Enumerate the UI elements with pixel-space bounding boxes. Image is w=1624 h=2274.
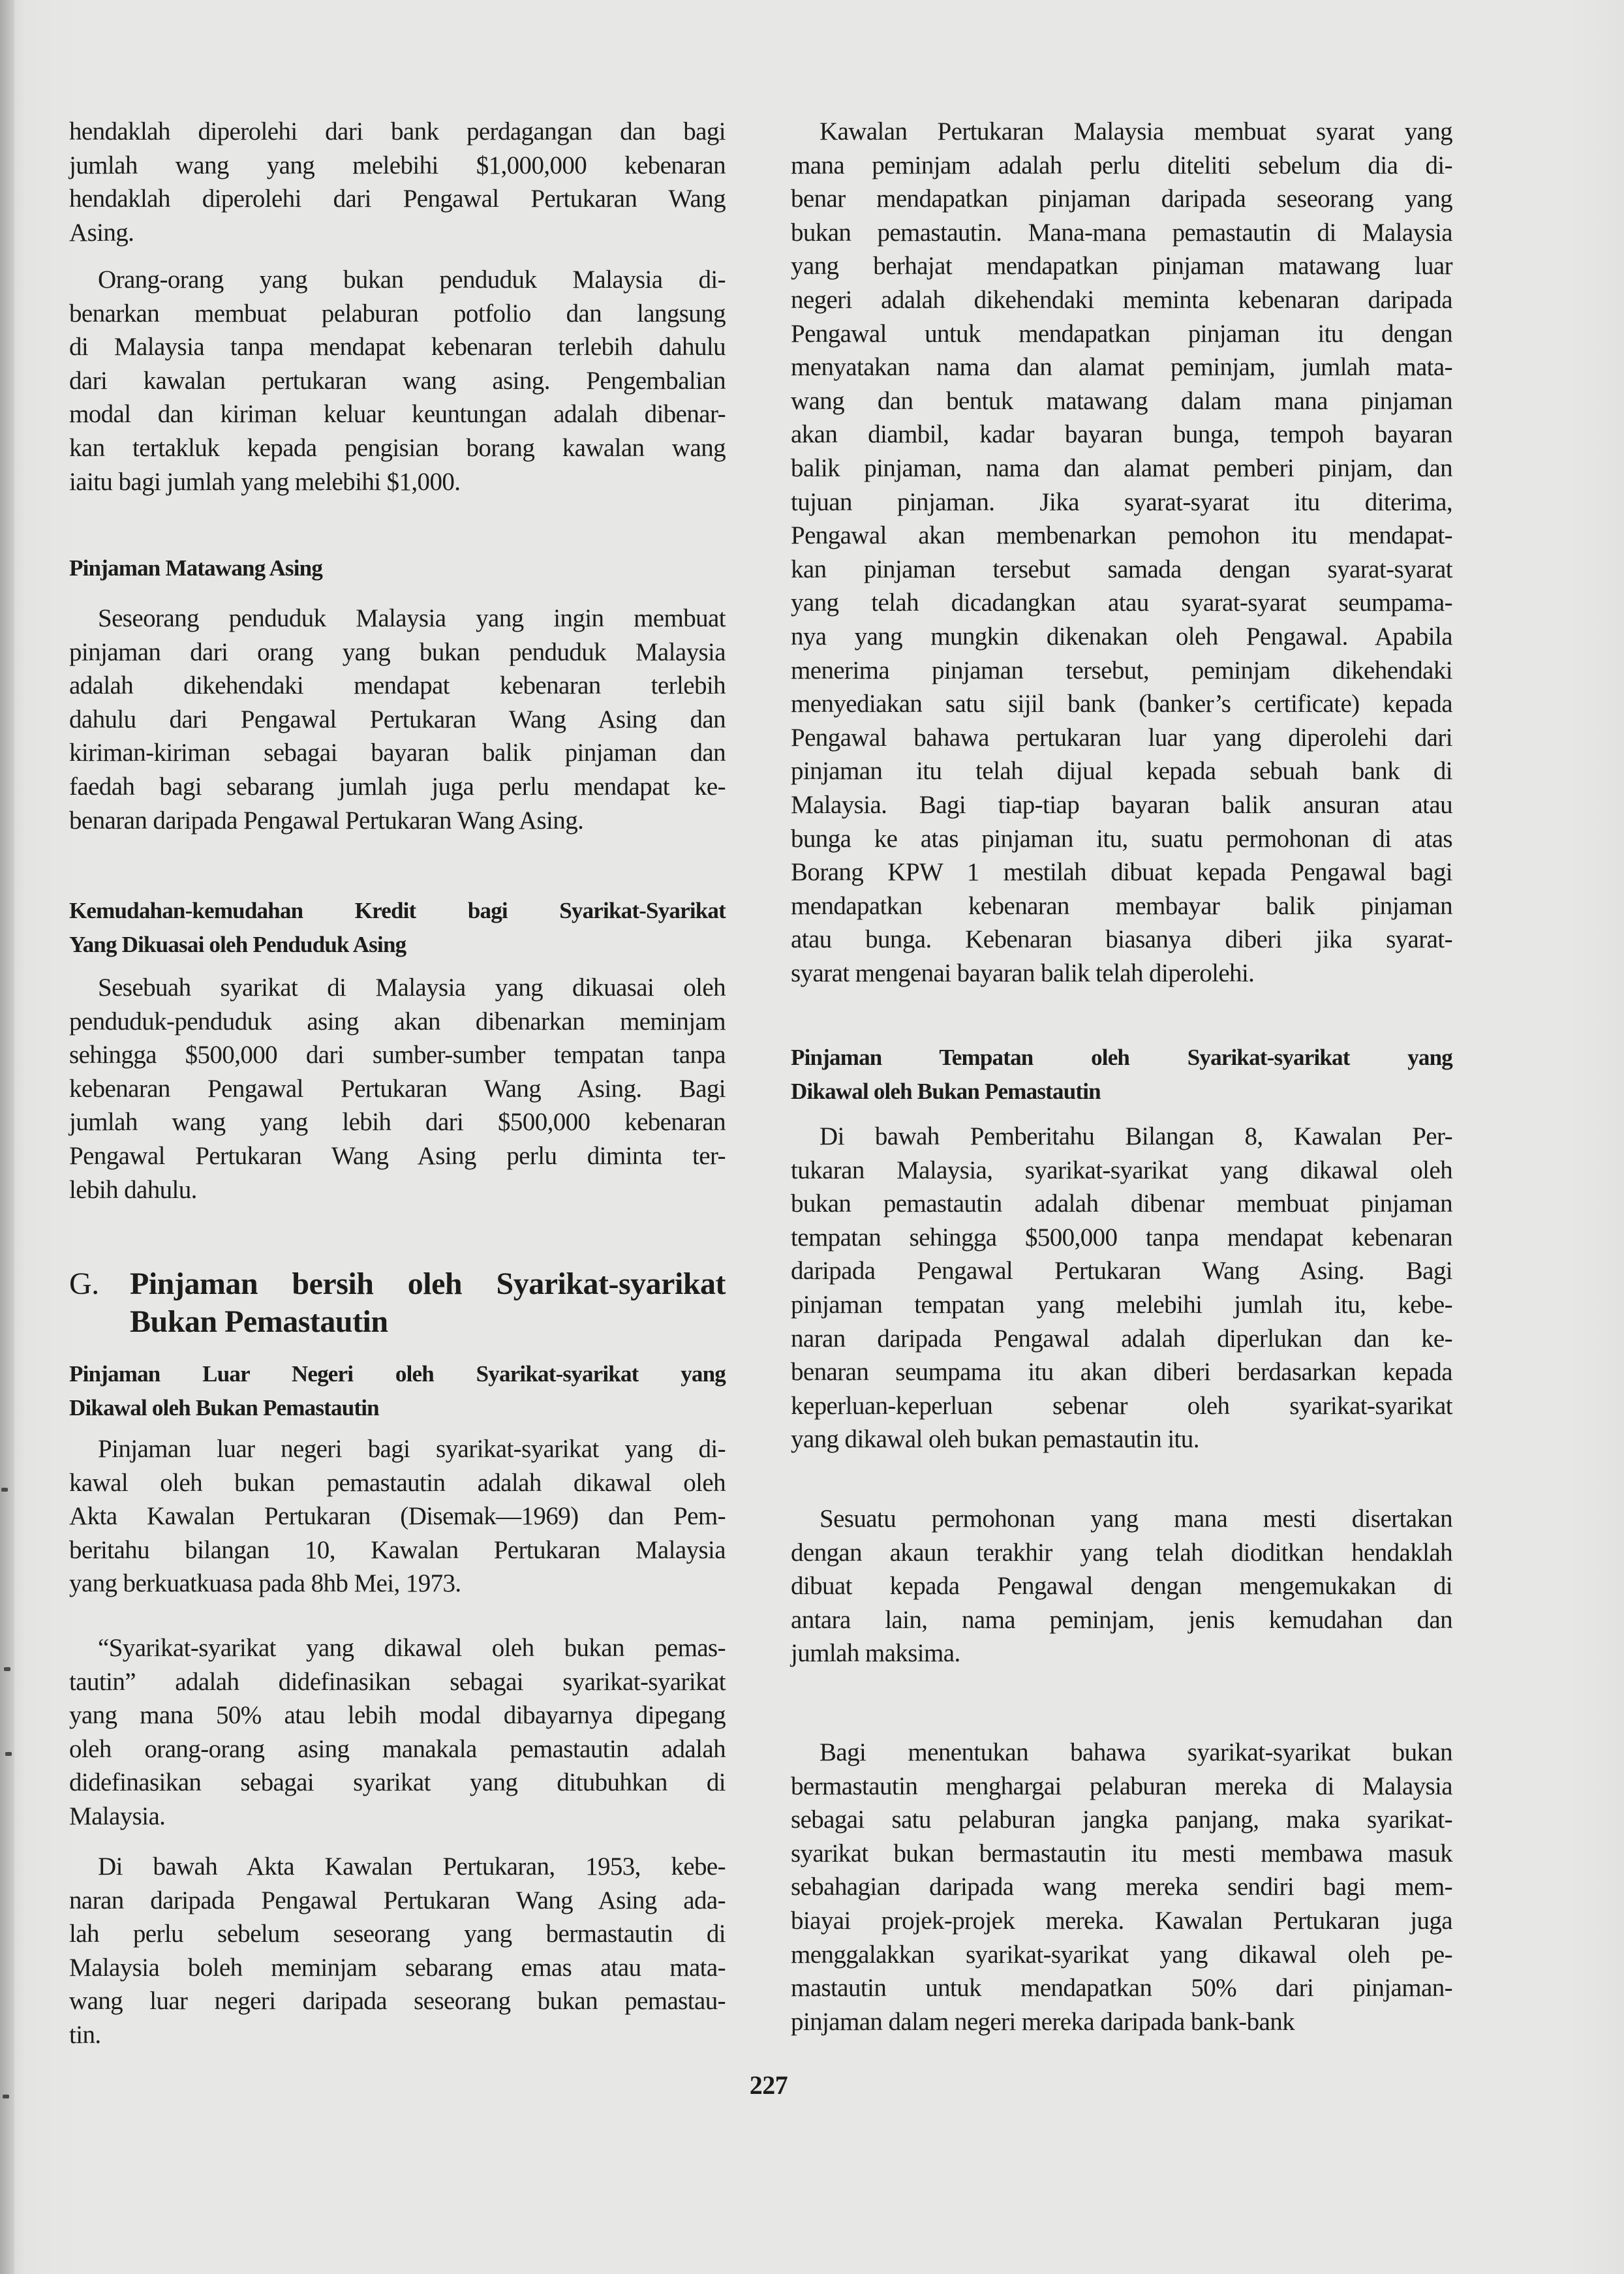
text-line: lah perlu sebelum seseorang yang bermast… [69,1917,726,1951]
text-line-text: menggalakkan syarikat-syarikat yang dika… [791,1938,1452,1972]
text-line-text: Asing. [69,216,726,250]
text-line: sehingga $500,000 dari sumber-sumber tem… [69,1038,726,1072]
text-line-text: Di bawah Akta Kawalan Pertukaran, 1953, … [98,1850,726,1884]
text-line-text: “Syarikat-syarikat yang dikawal oleh buk… [98,1631,726,1665]
scanned-book-page: hendaklah diperolehi dari bank perdagang… [0,0,1624,2274]
text-line: benarkan membuat pelaburan potfolio dan … [69,297,726,331]
text-line-text: menerima pinjaman tersebut, peminjam dik… [791,654,1452,688]
text-line: naran daripada Pengawal adalah diperluka… [791,1322,1452,1356]
text-line-text: sehingga $500,000 dari sumber-sumber tem… [69,1038,726,1072]
text-line: bukan pemastautin adalah dibenar membuat… [791,1187,1452,1221]
text-line: pinjaman dari orang yang bukan penduduk … [69,636,726,669]
text-line-text: oleh orang-orang asing manakala pemastau… [69,1732,726,1766]
text-line-text: tujuan pinjaman. Jika syarat-syarat itu … [791,485,1452,519]
text-line: Asing. [69,216,726,250]
text-line-text: adalah dikehendaki mendapat kebenaran te… [69,669,726,703]
subheading-line-text: Pinjaman Matawang Asing [69,551,726,585]
text-line-text: pinjaman itu telah dijual kepada sebuah … [791,754,1452,788]
text-line: yang telah dicadangkan atau syarat-syara… [791,586,1452,620]
text-line-text: balik pinjaman, nama dan alamat pemberi … [791,452,1452,485]
text-line: nya yang mungkin dikenakan oleh Pengawal… [791,620,1452,654]
subheading-line-text: Pinjaman Luar Negeri oleh Syarikat-syari… [69,1357,726,1391]
text-line: di Malaysia tanpa mendapat kebenaran ter… [69,330,726,364]
subheading-line: Yang Dikuasai oleh Penduduk Asing [69,928,726,962]
text-line: Sesebuah syarikat di Malaysia yang dikua… [69,971,726,1005]
text-line: benaran daripada Pengawal Pertukaran Wan… [69,804,726,838]
text-line-text: benarkan membuat pelaburan potfolio dan … [69,297,726,331]
text-line-text: jumlah wang yang lebih dari $500,000 keb… [69,1105,726,1139]
text-line: tautin” adalah didefinasikan sebagai sya… [69,1665,726,1699]
section-heading-line: Bukan Pemastautin [69,1302,726,1342]
text-line: menyediakan satu sijil bank (banker’s ce… [791,687,1452,721]
text-line-text: bukan pemastautin. Mana-mana pemastautin… [791,216,1452,250]
section-label: G. [69,1265,130,1304]
text-line: menerima pinjaman tersebut, peminjam dik… [791,654,1452,688]
text-line-text: benar mendapatkan pinjaman daripada sese… [791,182,1452,216]
text-line: Kawalan Pertukaran Malaysia membuat syar… [791,115,1452,149]
text-line-text: mendapatkan kebenaran membayar balik pin… [791,889,1452,923]
text-line-text: Malaysia. Bagi tiap-tiap bayaran balik a… [791,788,1452,822]
text-line: pinjaman itu telah dijual kepada sebuah … [791,754,1452,788]
text-line: kiriman-kiriman sebagai bayaran balik pi… [69,736,726,770]
text-line-text: pinjaman dalam negeri mereka daripada ba… [791,2005,1452,2039]
text-line: tin. [69,2018,726,2052]
text-line: adalah dikehendaki mendapat kebenaran te… [69,669,726,703]
text-line-text: mastautin untuk mendapatkan 50% dari pin… [791,1971,1452,2005]
subheading-line: Pinjaman Tempatan oleh Syarikat-syarikat… [791,1041,1452,1075]
text-line-text: faedah bagi sebarang jumlah juga perlu m… [69,770,726,804]
text-line: pinjaman dalam negeri mereka daripada ba… [791,2005,1452,2039]
text-line-text: syarikat bukan bermastautin itu mesti me… [791,1837,1452,1871]
text-line: Di bawah Pemberitahu Bilangan 8, Kawalan… [791,1120,1452,1154]
text-line-text: mana peminjam adalah perlu diteliti sebe… [791,149,1452,183]
text-line: jumlah wang yang lebih dari $500,000 keb… [69,1105,726,1139]
text-line: modal dan kiriman keluar keuntungan adal… [69,397,726,431]
text-line: Pengawal bahawa pertukaran luar yang dip… [791,721,1452,755]
text-line: bukan pemastautin. Mana-mana pemastautin… [791,216,1452,250]
text-line-text: jumlah wang yang melebihi $1,000,000 keb… [69,149,726,183]
text-line: pinjaman tempatan yang melebihi jumlah i… [791,1288,1452,1322]
text-line-text: wang luar negeri daripada seseorang buka… [69,1984,726,2018]
text-line-text: dari kawalan pertukaran wang asing. Peng… [69,364,726,398]
text-line: atau bunga. Kebenaran biasanya diberi ji… [791,923,1452,957]
text-line-text: dengan akaun terakhir yang telah dioditk… [791,1536,1452,1570]
text-line-text: naran daripada Pengawal adalah diperluka… [791,1322,1452,1356]
text-line: syarikat bukan bermastautin itu mesti me… [791,1837,1452,1871]
text-line-text: negeri adalah dikehendaki meminta kebena… [791,283,1452,317]
text-line: Malaysia. [69,1800,726,1834]
text-line-text: bukan pemastautin adalah dibenar membuat… [791,1187,1452,1221]
section-heading-line-text: Pinjaman bersih oleh Syarikat-syarikat [130,1267,726,1301]
text-line-text: menyatakan nama dan alamat peminjam, jum… [791,350,1452,384]
text-line: beritahu bilangan 10, Kawalan Pertukaran… [69,1533,726,1567]
text-line: Pengawal akan membenarkan pemohon itu me… [791,519,1452,553]
text-line: jumlah wang yang melebihi $1,000,000 keb… [69,149,726,183]
text-line-text: iaitu bagi jumlah yang melebihi $1,000. [69,465,726,499]
text-line: yang berkuatkuasa pada 8hb Mei, 1973. [69,1567,726,1601]
binding-stitch-mark [5,1752,12,1756]
text-line-text: yang berkuatkuasa pada 8hb Mei, 1973. [69,1567,726,1601]
text-line-text: pinjaman tempatan yang melebihi jumlah i… [791,1288,1452,1322]
text-line: kan tertakluk kepada pengisian borang ka… [69,431,726,465]
text-line: daripada Pengawal Pertukaran Wang Asing.… [791,1254,1452,1288]
text-line: kebenaran Pengawal Pertukaran Wang Asing… [69,1072,726,1106]
text-line-text: syarat mengenai bayaran balik telah dipe… [791,957,1452,991]
text-line-text: kawal oleh bukan pemastautin adalah dika… [69,1466,726,1500]
text-line-text: kan tertakluk kepada pengisian borang ka… [69,431,726,465]
text-line: hendaklah diperolehi dari Pengawal Pertu… [69,182,726,216]
text-line: keperluan-keperluan sebenar oleh syarika… [791,1389,1452,1423]
text-line: iaitu bagi jumlah yang melebihi $1,000. [69,465,726,499]
text-line-text: menyediakan satu sijil bank (banker’s ce… [791,687,1452,721]
text-line: lebih dahulu. [69,1173,726,1207]
text-line-text: Borang KPW 1 mestilah dibuat kepada Peng… [791,855,1452,889]
text-line-text: pinjaman dari orang yang bukan penduduk … [69,636,726,669]
text-line-text: Seseorang penduduk Malaysia yang ingin m… [98,602,726,636]
text-line: Malaysia boleh meminjam sebarang emas at… [69,1951,726,1985]
text-line: antara lain, nama peminjam, jenis kemuda… [791,1603,1452,1637]
subheading-line: Dikawal oleh Bukan Pemastautin [69,1391,726,1425]
text-line: syarat mengenai bayaran balik telah dipe… [791,957,1452,991]
text-line: Borang KPW 1 mestilah dibuat kepada Peng… [791,855,1452,889]
text-line: dibuat kepada Pengawal dengan mengemukak… [791,1569,1452,1603]
text-line: dahulu dari Pengawal Pertukaran Wang Asi… [69,703,726,737]
binding-stitch-mark [4,1667,10,1671]
section-heading-line-text: Bukan Pemastautin [130,1302,726,1342]
text-line: sebahagian daripada wang mereka sendiri … [791,1870,1452,1904]
text-line-text: yang berhajat mendapatkan pinjaman mataw… [791,249,1452,283]
text-line-text: bunga ke atas pinjaman itu, suatu permoh… [791,822,1452,856]
text-line: wang luar negeri daripada seseorang buka… [69,1984,726,2018]
text-line: negeri adalah dikehendaki meminta kebena… [791,283,1452,317]
text-line: balik pinjaman, nama dan alamat pemberi … [791,452,1452,485]
text-line: Akta Kawalan Pertukaran (Disemak—1969) d… [69,1499,726,1533]
text-line: Orang-orang yang bukan penduduk Malaysia… [69,263,726,297]
text-line-text: keperluan-keperluan sebenar oleh syarika… [791,1389,1452,1423]
text-line: sebagai satu pelaburan jangka panjang, m… [791,1803,1452,1837]
text-line-text: benaran daripada Pengawal Pertukaran Wan… [69,804,726,838]
text-line: penduduk-penduduk asing akan dibenarkan … [69,1005,726,1039]
section-heading-line: G.Pinjaman bersih oleh Syarikat-syarikat [69,1265,726,1304]
text-line-text: kiriman-kiriman sebagai bayaran balik pi… [69,736,726,770]
text-line-text: jumlah maksima. [791,1636,1452,1670]
text-line-text: daripada Pengawal Pertukaran Wang Asing.… [791,1254,1452,1288]
text-line: yang berhajat mendapatkan pinjaman mataw… [791,249,1452,283]
text-line-text: sebahagian daripada wang mereka sendiri … [791,1870,1452,1904]
text-line-text: hendaklah diperolehi dari bank perdagang… [69,115,726,149]
text-line-text: biayai projek-projek mereka. Kawalan Per… [791,1904,1452,1938]
text-line-text: Orang-orang yang bukan penduduk Malaysia… [98,263,726,297]
text-line: Seseorang penduduk Malaysia yang ingin m… [69,602,726,636]
text-line: Sesuatu permohonan yang mana mesti diser… [791,1502,1452,1536]
text-line-text: yang mana 50% atau lebih modal dibayarny… [69,1698,726,1732]
text-line-text: kan pinjaman tersebut samada dengan syar… [791,553,1452,587]
subheading-line: Pinjaman Luar Negeri oleh Syarikat-syari… [69,1357,726,1391]
text-line-text: Malaysia boleh meminjam sebarang emas at… [69,1951,726,1985]
text-line: mendapatkan kebenaran membayar balik pin… [791,889,1452,923]
page-number: 227 [743,2070,795,2100]
text-line: mana peminjam adalah perlu diteliti sebe… [791,149,1452,183]
text-line-text: tukaran Malaysia, syarikat-syarikat yang… [791,1154,1452,1188]
text-line: didefinasikan sebagai syarikat yang ditu… [69,1766,726,1800]
text-line-text: bermastautin menghargai pelaburan mereka… [791,1770,1452,1804]
text-line-text: Pinjaman luar negeri bagi syarikat-syari… [98,1432,726,1466]
text-line-text: Bagi menentukan bahawa syarikat-syarikat… [820,1736,1452,1770]
text-line-text: wang dan bentuk matawang dalam mana pinj… [791,384,1452,418]
text-line: tempatan sehingga $500,000 tanpa mendapa… [791,1221,1452,1255]
subheading-line-text: Dikawal oleh Bukan Pemastautin [69,1391,726,1425]
text-line-text: Di bawah Pemberitahu Bilangan 8, Kawalan… [820,1120,1452,1154]
text-line: bunga ke atas pinjaman itu, suatu permoh… [791,822,1452,856]
text-line-text: nya yang mungkin dikenakan oleh Pengawal… [791,620,1452,654]
text-line-text: yang telah dicadangkan atau syarat-syara… [791,586,1452,620]
text-line: yang dikawal oleh bukan pemastautin itu. [791,1422,1452,1456]
text-line: Pengawal Pertukaran Wang Asing perlu dim… [69,1139,726,1173]
subheading-line: Dikawal oleh Bukan Pemastautin [791,1075,1452,1109]
text-line: menggalakkan syarikat-syarikat yang dika… [791,1938,1452,1972]
text-line: Pengawal untuk mendapatkan pinjaman itu … [791,317,1452,351]
text-line-text: Malaysia. [69,1800,726,1834]
text-line-text: atau bunga. Kebenaran biasanya diberi ji… [791,923,1452,957]
text-line: hendaklah diperolehi dari bank perdagang… [69,115,726,149]
subheading-line: Kemudahan-kemudahan Kredit bagi Syarikat… [69,894,726,928]
text-line: bermastautin menghargai pelaburan mereka… [791,1770,1452,1804]
text-line: akan diambil, kadar bayaran bunga, tempo… [791,418,1452,452]
text-line: dari kawalan pertukaran wang asing. Peng… [69,364,726,398]
text-line: benar mendapatkan pinjaman daripada sese… [791,182,1452,216]
subheading-line-text: Dikawal oleh Bukan Pemastautin [791,1075,1452,1109]
text-line-text: antara lain, nama peminjam, jenis kemuda… [791,1603,1452,1637]
text-line: wang dan bentuk matawang dalam mana pinj… [791,384,1452,418]
text-line-text: Pengawal bahawa pertukaran luar yang dip… [791,721,1452,755]
text-line-text: Pengawal akan membenarkan pemohon itu me… [791,519,1452,553]
text-line: tujuan pinjaman. Jika syarat-syarat itu … [791,485,1452,519]
text-line-text: Akta Kawalan Pertukaran (Disemak—1969) d… [69,1499,726,1533]
text-line: naran daripada Pengawal Pertukaran Wang … [69,1884,726,1918]
text-line-text: benaran seumpama itu akan diberi berdasa… [791,1355,1452,1389]
text-line-text: penduduk-penduduk asing akan dibenarkan … [69,1005,726,1039]
text-line: “Syarikat-syarikat yang dikawal oleh buk… [69,1631,726,1665]
text-line: kawal oleh bukan pemastautin adalah dika… [69,1466,726,1500]
subheading-line: Pinjaman Matawang Asing [69,551,726,585]
text-line-text: sebagai satu pelaburan jangka panjang, m… [791,1803,1452,1837]
subheading-line-text: Kemudahan-kemudahan Kredit bagi Syarikat… [69,894,726,928]
text-line-text: dibuat kepada Pengawal dengan mengemukak… [791,1569,1452,1603]
text-line-text: lah perlu sebelum seseorang yang bermast… [69,1917,726,1951]
text-line-text: Kawalan Pertukaran Malaysia membuat syar… [820,115,1452,149]
text-line: menyatakan nama dan alamat peminjam, jum… [791,350,1452,384]
text-line: Bagi menentukan bahawa syarikat-syarikat… [791,1736,1452,1770]
text-line: dengan akaun terakhir yang telah dioditk… [791,1536,1452,1570]
text-line-text: Pengawal Pertukaran Wang Asing perlu dim… [69,1139,726,1173]
text-line-text: modal dan kiriman keluar keuntungan adal… [69,397,726,431]
text-line-text: hendaklah diperolehi dari Pengawal Pertu… [69,182,726,216]
text-line: yang mana 50% atau lebih modal dibayarny… [69,1698,726,1732]
binding-stitch-mark [3,2095,9,2098]
text-line-text: Sesebuah syarikat di Malaysia yang dikua… [98,971,726,1005]
text-line: tukaran Malaysia, syarikat-syarikat yang… [791,1154,1452,1188]
text-line-text: Pengawal untuk mendapatkan pinjaman itu … [791,317,1452,351]
text-line-text: tautin” adalah didefinasikan sebagai sya… [69,1665,726,1699]
text-line-text: dahulu dari Pengawal Pertukaran Wang Asi… [69,703,726,737]
text-line-text: naran daripada Pengawal Pertukaran Wang … [69,1884,726,1918]
text-line-text: beritahu bilangan 10, Kawalan Pertukaran… [69,1533,726,1567]
text-line: kan pinjaman tersebut samada dengan syar… [791,553,1452,587]
text-line-text: tempatan sehingga $500,000 tanpa mendapa… [791,1221,1452,1255]
binding-stitch-mark [1,1488,8,1492]
text-line-text: akan diambil, kadar bayaran bunga, tempo… [791,418,1452,452]
text-line: biayai projek-projek mereka. Kawalan Per… [791,1904,1452,1938]
text-line: Malaysia. Bagi tiap-tiap bayaran balik a… [791,788,1452,822]
text-line: oleh orang-orang asing manakala pemastau… [69,1732,726,1766]
text-line-text: di Malaysia tanpa mendapat kebenaran ter… [69,330,726,364]
binding-gutter [0,0,14,2274]
text-line: benaran seumpama itu akan diberi berdasa… [791,1355,1452,1389]
subheading-line-text: Yang Dikuasai oleh Penduduk Asing [69,928,726,962]
text-line: Pinjaman luar negeri bagi syarikat-syari… [69,1432,726,1466]
text-line-text: tin. [69,2018,726,2052]
text-line-text: Sesuatu permohonan yang mana mesti diser… [820,1502,1452,1536]
text-line-text: didefinasikan sebagai syarikat yang ditu… [69,1766,726,1800]
text-line-text: kebenaran Pengawal Pertukaran Wang Asing… [69,1072,726,1106]
text-line: jumlah maksima. [791,1636,1452,1670]
text-line: mastautin untuk mendapatkan 50% dari pin… [791,1971,1452,2005]
text-line-text: lebih dahulu. [69,1173,726,1207]
text-line: Di bawah Akta Kawalan Pertukaran, 1953, … [69,1850,726,1884]
subheading-line-text: Pinjaman Tempatan oleh Syarikat-syarikat… [791,1041,1452,1075]
text-line: faedah bagi sebarang jumlah juga perlu m… [69,770,726,804]
text-line-text: yang dikawal oleh bukan pemastautin itu. [791,1422,1452,1456]
